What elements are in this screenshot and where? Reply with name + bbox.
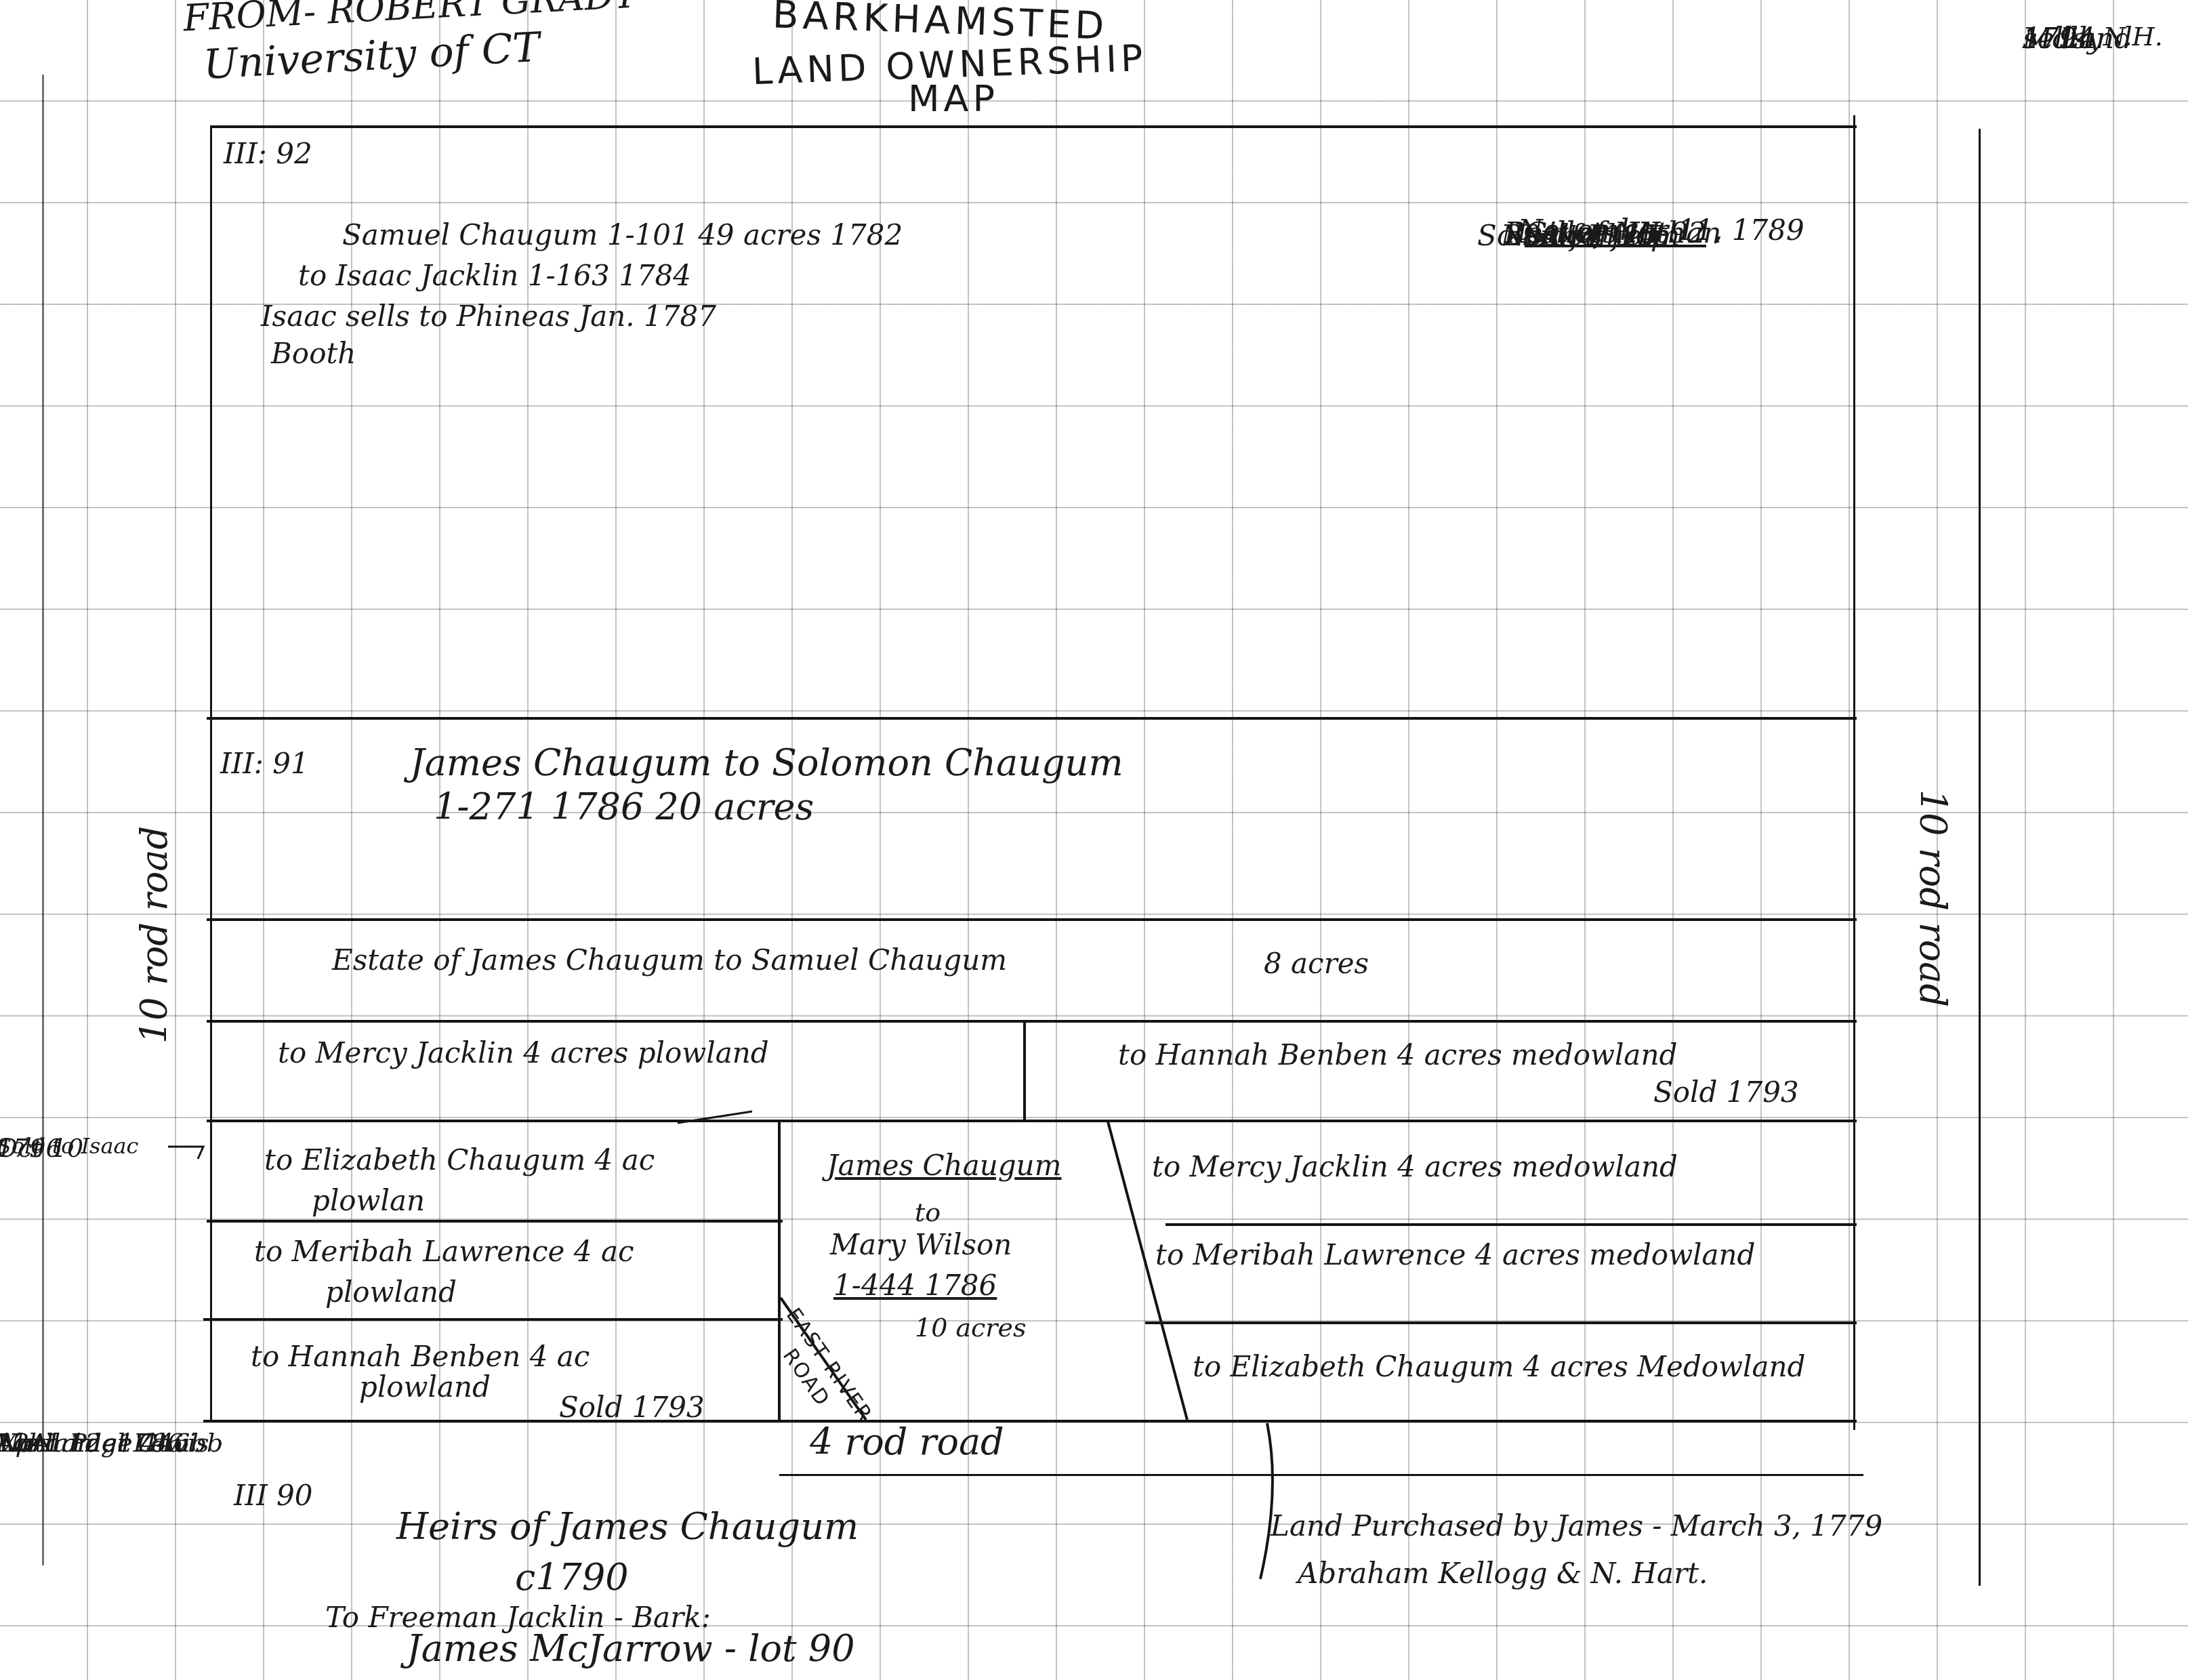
parcel-elizabeth-plowland: to Elizabeth Chaugum 4 ac — [264, 1145, 655, 1175]
estate-split-divider — [1023, 1020, 1026, 1122]
outer-road-line-left — [42, 75, 44, 1565]
parcel-divider-3-right — [1145, 1322, 1857, 1324]
parcel-elizabeth-plowland-2: plowlan — [312, 1186, 425, 1216]
map-border-top — [210, 125, 1857, 128]
graph-paper-grid — [0, 0, 2188, 1680]
parcel-hannah-plowland-sold: Sold 1793 — [559, 1393, 705, 1422]
parcel-meribah-medowland: to Meribah Lawrence 4 acres medowland — [1155, 1240, 1756, 1270]
parcel-mercy-medowland: to Mercy Jacklin 4 acres medowland — [1152, 1152, 1678, 1182]
parcel-hannah-plowland: to Hannah Benben 4 ac — [251, 1342, 590, 1372]
note-line: Gillets III-92 — [1525, 218, 1706, 248]
wilson-line-2: to — [915, 1200, 941, 1227]
right-road-label: 10 rod road — [1913, 790, 1952, 1007]
purchase-line-1: Land Purchased by James - March 3, 1779 — [1271, 1511, 1882, 1541]
road-4rod-edge — [779, 1474, 1863, 1476]
note-line: Nathaniel Lewis — [0, 1430, 209, 1457]
parcel-meribah-plowland-2: plowland — [325, 1277, 457, 1307]
lot-91-ref: III: 91 — [220, 749, 309, 779]
lot-divider-south — [203, 1420, 1857, 1422]
parcel-hannah-plowland-2: plowland — [359, 1372, 491, 1402]
parcel-hannah-medowland: to Hannah Benben 4 acres medowland — [1118, 1040, 1677, 1070]
parcel-elizabeth-medowland: to Elizabeth Chaugum 4 acres Medowland — [1193, 1352, 1805, 1382]
note-line: in N.H. — [2070, 24, 2163, 51]
lot-92-line-4: Booth — [271, 339, 356, 369]
parcel-divider-1 — [207, 1120, 1857, 1122]
map-diagonals — [0, 0, 2188, 1680]
lot-92-line-3: Isaac sells to Phineas Jan. 1787 — [261, 302, 716, 331]
parcel-divider-2-right — [1165, 1223, 1857, 1226]
lot-92-line-1: Samuel Chaugum 1-101 49 acres 1782 — [342, 220, 903, 250]
parcel-meribah-plowland: to Meribah Lawrence 4 ac — [254, 1237, 634, 1267]
lot-92-line-2: to Isaac Jacklin 1-163 1784 — [298, 261, 691, 291]
wilson-left-edge — [778, 1120, 781, 1421]
lot-90-transfer-2: James McJarrow - lot 90 — [407, 1630, 855, 1668]
lot-90-ref: III 90 — [234, 1481, 313, 1511]
lot-divider-92-91 — [207, 717, 1857, 720]
estate-line: Estate of James Chaugum to Samuel Chaugu… — [332, 945, 1007, 975]
lot-90-line-2: c1790 — [515, 1559, 629, 1597]
wilson-line-3: Mary Wilson — [830, 1230, 1012, 1260]
lot-91-line-2: 1-271 1786 20 acres — [434, 788, 814, 827]
parcel-divider-2-left — [207, 1220, 783, 1223]
parcel-divider-3-left — [203, 1318, 783, 1321]
lot-90-line-1: Heirs of James Chaugum — [396, 1508, 859, 1546]
map-border-right — [1853, 115, 1855, 1430]
wilson-line-1: James Chaugum — [827, 1151, 1062, 1181]
estate-divider — [207, 1020, 1857, 1023]
outer-road-line-right — [1979, 129, 1981, 1586]
map-border-left — [210, 125, 212, 1420]
wilson-line-4: 1-444 1786 — [833, 1271, 997, 1300]
left-road-label: 10 rod road — [136, 826, 174, 1044]
estate-acres: 8 acres — [1264, 949, 1369, 979]
purchase-line-2: Abraham Kellogg & N. Hart. — [1298, 1559, 1708, 1589]
wilson-line-5: 10 acres — [915, 1315, 1027, 1342]
lot-92-ref: III: 92 — [224, 139, 312, 169]
lot-91-line-1: James Chaugum to Solomon Chaugum — [410, 744, 1123, 783]
parcel-hannah-sold: Sold 1793 — [1653, 1078, 1799, 1107]
road-4rod-label: 4 rod road — [810, 1423, 1004, 1462]
lot-divider-91-estate — [207, 918, 1857, 921]
note-line: Sold to Isaac — [0, 1135, 139, 1158]
parcel-mercy-plowland: to Mercy Jacklin 4 acres plowland — [278, 1038, 769, 1068]
title-line-3: MAP — [908, 80, 999, 119]
